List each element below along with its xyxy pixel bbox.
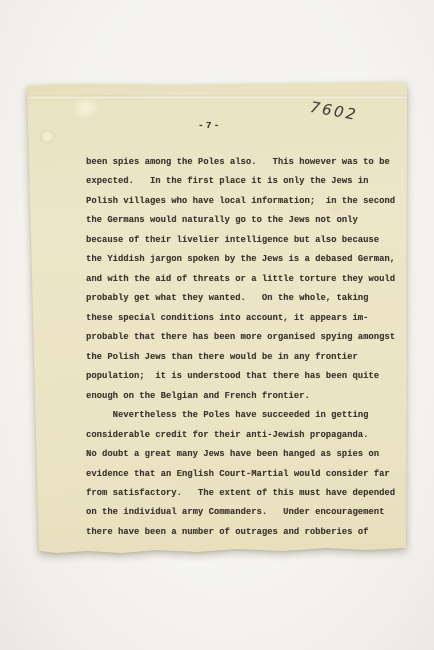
typed-line: enough on the Belgian and French frontie… — [86, 387, 406, 406]
typed-line: because of their livelier intelligence b… — [86, 231, 406, 250]
typed-line: these special conditions into account, i… — [86, 309, 406, 328]
photo-background: -7- 7602 been spies among the Poles also… — [0, 0, 434, 650]
typed-line: the Germans would naturally go to the Je… — [86, 211, 406, 230]
typed-line: probably get what they wanted. On the wh… — [86, 289, 406, 308]
typed-line: Polish villages who have local informati… — [86, 192, 406, 211]
typed-line: evidence that an English Court-Martial w… — [86, 465, 406, 484]
handwritten-ref-number: 7602 — [309, 98, 360, 124]
paper-stain — [40, 130, 55, 143]
typed-line: from satisfactory. The extent of this mu… — [86, 484, 406, 503]
paper-sheet: -7- 7602 been spies among the Poles also… — [27, 82, 407, 554]
typed-line: and with the aid of threats or a little … — [86, 270, 406, 289]
typed-line: on the individual army Commanders. Under… — [86, 503, 406, 522]
paper-crease — [27, 95, 407, 100]
typed-body: been spies among the Poles also. This ho… — [86, 153, 406, 542]
page-number: -7- — [198, 120, 222, 132]
document-page: -7- 7602 been spies among the Poles also… — [27, 82, 407, 554]
typed-line: been spies among the Poles also. This ho… — [86, 153, 406, 172]
typed-line: population; it is understood that there … — [86, 367, 406, 386]
typed-line: considerable credit for their anti-Jewis… — [86, 426, 406, 445]
typed-line: expected. In the first place it is only … — [86, 172, 406, 191]
typed-line: Nevertheless the Poles have succeeded in… — [86, 406, 406, 425]
typed-line: there have been a number of outrages and… — [86, 523, 406, 542]
typed-line: No doubt a great many Jews have been han… — [86, 445, 406, 464]
typed-line: the Yiddish jargon spoken by the Jews is… — [86, 250, 406, 269]
typed-line: probable that there has been more organi… — [86, 328, 406, 347]
typed-line: the Polish Jews than there would be in a… — [86, 348, 406, 367]
